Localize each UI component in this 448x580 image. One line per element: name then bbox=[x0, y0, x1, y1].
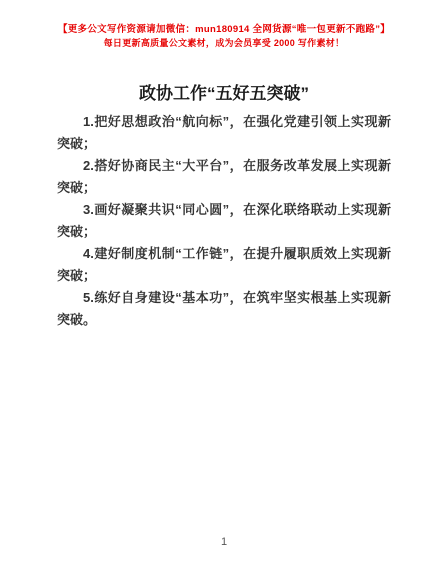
paragraph-1: 1.把好思想政治“航向标”，在强化党建引领上实现新突破； bbox=[57, 111, 391, 155]
paragraph-4: 4.建好制度机制“工作链”，在提升履职质效上实现新突破； bbox=[57, 243, 391, 287]
promo-notice-line-2: 每日更新高质量公文素材，成为会员享受 2000 写作素材！ bbox=[0, 36, 448, 50]
paragraph-2: 2.搭好协商民主“大平台”，在服务改革发展上实现新突破； bbox=[57, 155, 391, 199]
paragraph-3: 3.画好凝聚共识“同心圆”，在深化联络联动上实现新突破； bbox=[57, 199, 391, 243]
page-footer: 1 bbox=[0, 532, 448, 550]
paragraph-5: 5.练好自身建设“基本功”，在筑牢坚实根基上实现新突破。 bbox=[57, 287, 391, 331]
document-page: 【更多公文写作资源请加微信：mun180914 全网货源“唯一包更新不跑路”】 … bbox=[0, 0, 448, 580]
document-title: 政协工作“五好五突破” bbox=[0, 83, 448, 104]
page-number: 1 bbox=[221, 536, 227, 548]
promo-header: 【更多公文写作资源请加微信：mun180914 全网货源“唯一包更新不跑路”】 … bbox=[0, 0, 448, 50]
document-body: 1.把好思想政治“航向标”，在强化党建引领上实现新突破； 2.搭好协商民主“大平… bbox=[0, 111, 448, 331]
promo-notice-line-1: 【更多公文写作资源请加微信：mun180914 全网货源“唯一包更新不跑路”】 bbox=[0, 23, 448, 36]
